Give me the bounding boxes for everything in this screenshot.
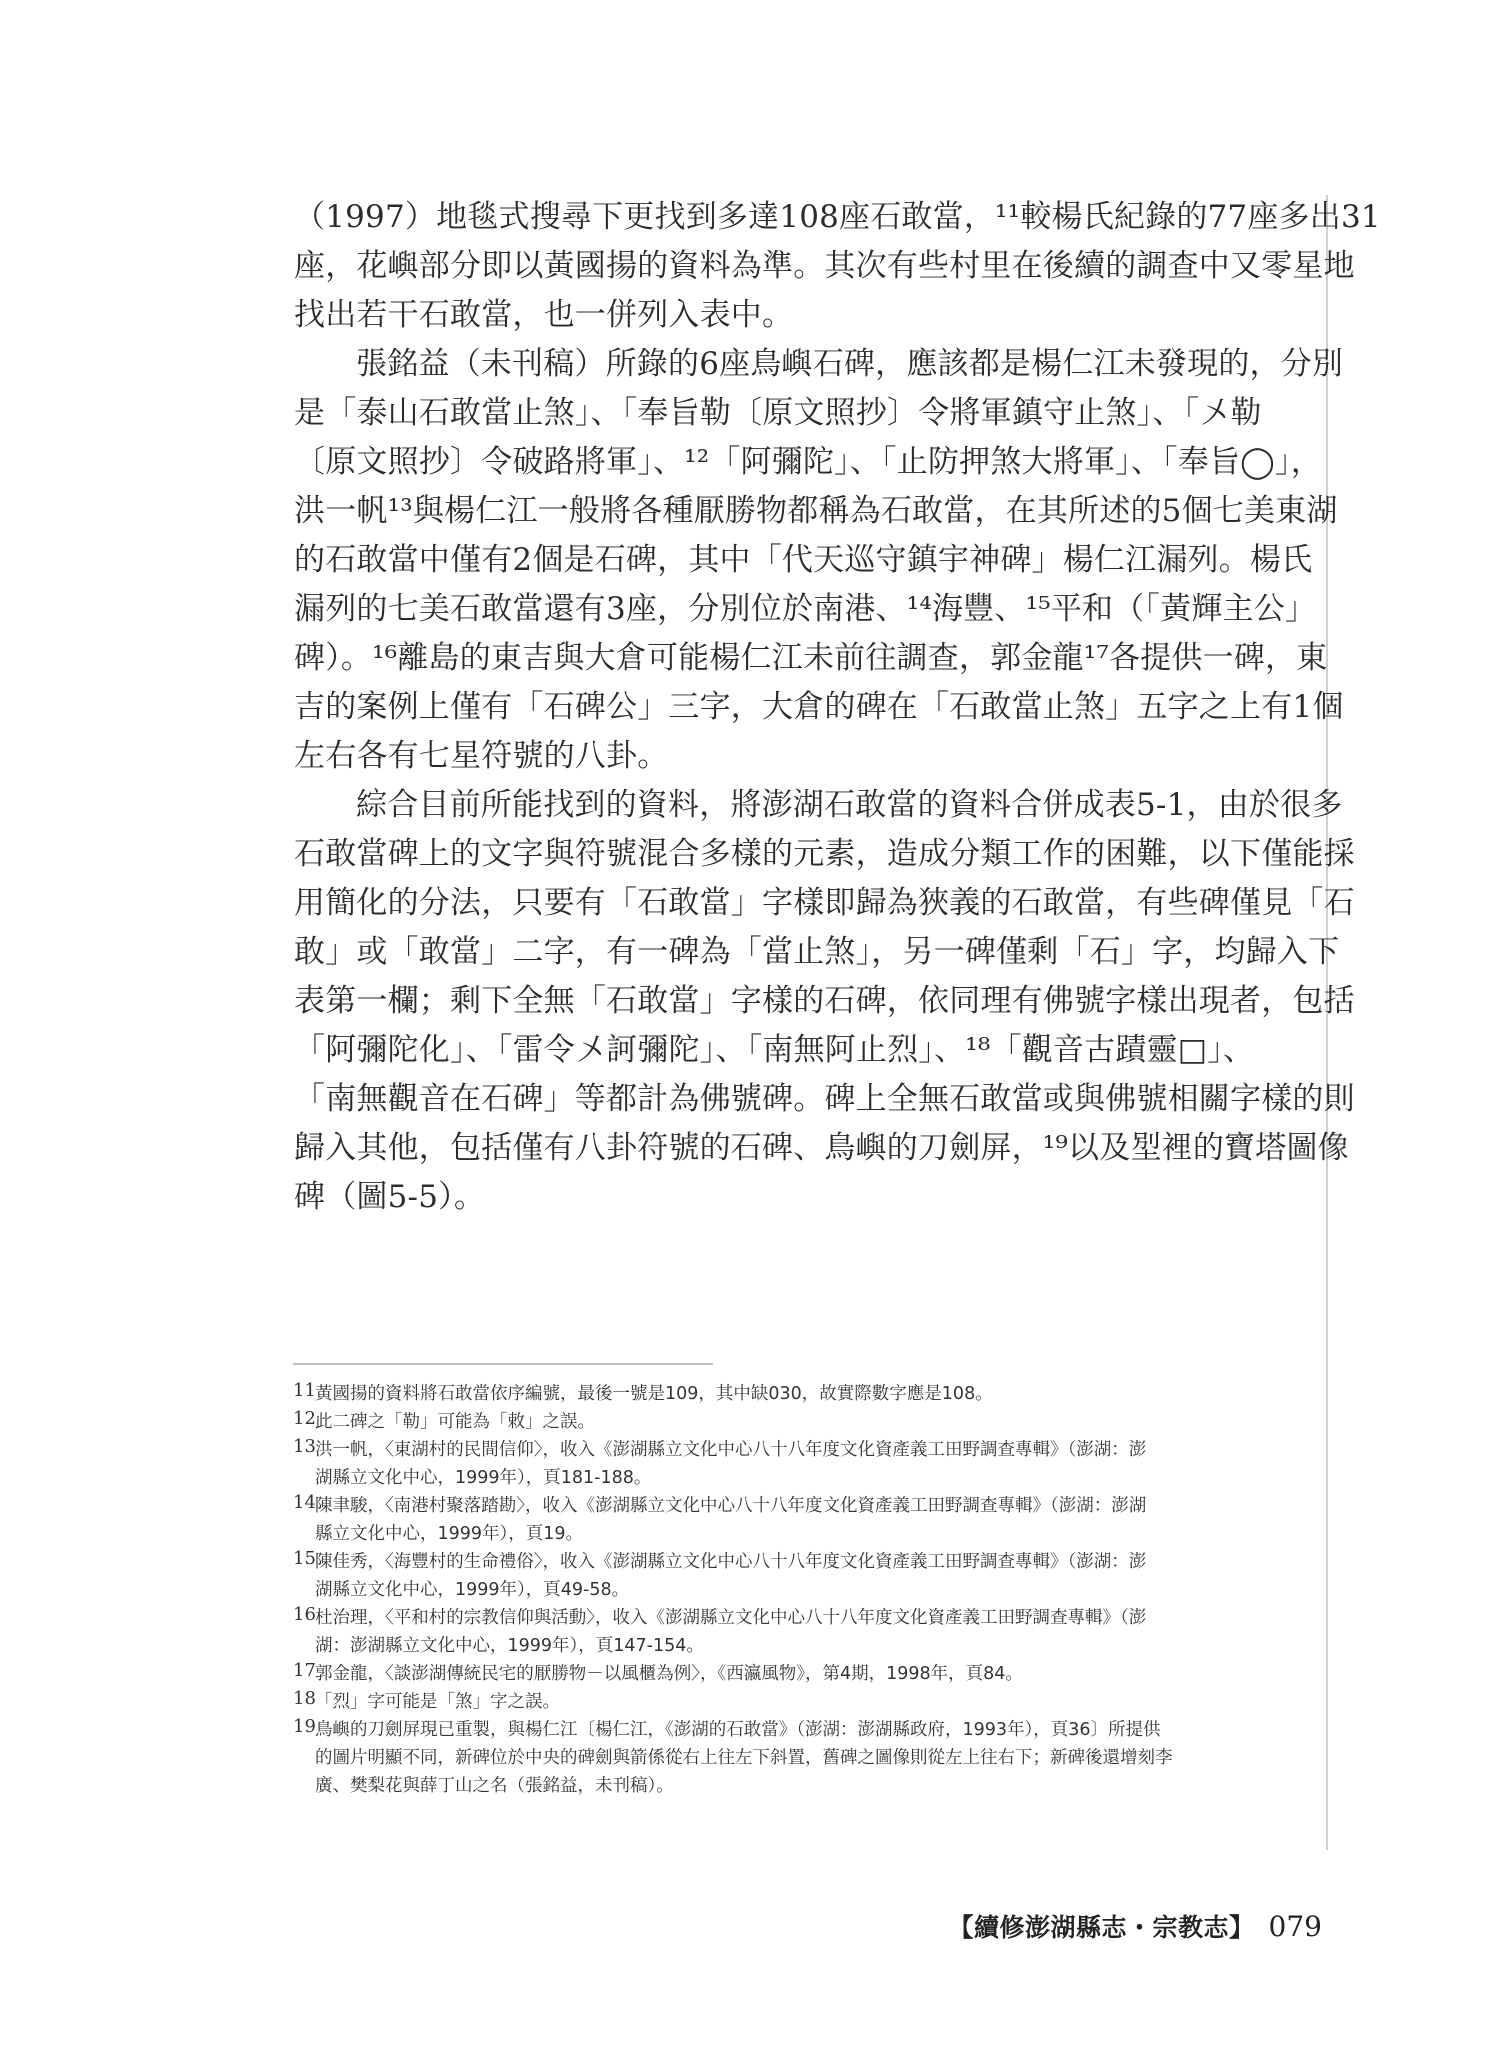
footnote-text: 陳聿駿，〈南港村聚落踏勘〉，收入《澎湖縣立文化中心八十八年度文化資產義工田野調查… [315, 1492, 1313, 1520]
book-page: （1997）地毯式搜尋下更找到多達108座石敢當，¹¹較楊氏紀錄的77座多出31… [0, 0, 1500, 2053]
footnote-number: 14 [293, 1489, 316, 1517]
text-line: 用簡化的分法，只要有「石敢當」字樣即歸為狹義的石敢當，有些碑僅見「石 [294, 879, 1312, 928]
main-text: （1997）地毯式搜尋下更找到多達108座石敢當，¹¹較楊氏紀錄的77座多出31… [294, 193, 1312, 1222]
footnote-16: 16 杜治理，〈平和村的宗教信仰與活動〉，收入《澎湖縣立文化中心八十八年度文化資… [293, 1604, 1313, 1660]
footnote-separator [293, 1363, 713, 1365]
paragraph-1: （1997）地毯式搜尋下更找到多達108座石敢當，¹¹較楊氏紀錄的77座多出31… [294, 193, 1312, 340]
footnote-17: 17 郭金龍，〈談澎湖傳統民宅的厭勝物－以風櫃為例〉，《西瀛風物》，第4期，19… [293, 1660, 1313, 1688]
text-line: 石敢當碑上的文字與符號混合多樣的元素，造成分類工作的困難，以下僅能採 [294, 830, 1312, 879]
footnote-text: 鳥嶼的刀劍屏現已重製，與楊仁江〔楊仁江，《澎湖的石敢當》（澎湖：澎湖縣政府，19… [315, 1716, 1313, 1744]
footnote-text: 郭金龍，〈談澎湖傳統民宅的厭勝物－以風櫃為例〉，《西瀛風物》，第4期，1998年… [315, 1660, 1313, 1688]
text-line: 〔原文照抄〕令破路將軍」、¹²「阿彌陀」、「止防押煞大將軍」、「奉旨◯」， [294, 438, 1312, 487]
footnote-number: 18 [293, 1685, 316, 1713]
footnote-13: 13 洪一帆，〈東湖村的民間信仰〉，收入《澎湖縣立文化中心八十八年度文化資產義工… [293, 1436, 1313, 1492]
footnote-text: 杜治理，〈平和村的宗教信仰與活動〉，收入《澎湖縣立文化中心八十八年度文化資產義工… [315, 1604, 1313, 1632]
text-line: 吉的案例上僅有「石碑公」三字，大倉的碑在「石敢當止煞」五字之上有1個 [294, 683, 1312, 732]
footnote-12: 12 此二碑之「勒」可能為「敕」之誤。 [293, 1408, 1313, 1436]
page-footer: 【續修澎湖縣志・宗教志】079 [949, 1908, 1322, 1944]
footnote-15: 15 陳佳秀，〈海豐村的生命禮俗〉，收入《澎湖縣立文化中心八十八年度文化資產義工… [293, 1548, 1313, 1604]
paragraph-2: 張銘益（未刊稿）所錄的6座鳥嶼石碑，應該都是楊仁江未發現的，分別 是「泰山石敢當… [294, 340, 1312, 781]
footnote-14: 14 陳聿駿，〈南港村聚落踏勘〉，收入《澎湖縣立文化中心八十八年度文化資產義工田… [293, 1492, 1313, 1548]
footnote-text: 湖縣立文化中心，1999年），頁49-58。 [315, 1576, 1313, 1604]
running-title: 【續修澎湖縣志・宗教志】 [949, 1913, 1255, 1942]
text-line: （1997）地毯式搜尋下更找到多達108座石敢當，¹¹較楊氏紀錄的77座多出31 [294, 193, 1312, 242]
footnote-number: 17 [293, 1657, 316, 1685]
footnote-text: 的圖片明顯不同，新碑位於中央的碑劍與箭係從右上往左下斜置，舊碑之圖像則從左上往右… [315, 1744, 1313, 1772]
footnote-text: 湖縣立文化中心，1999年），頁181-188。 [315, 1464, 1313, 1492]
text-line: 歸入其他，包括僅有八卦符號的石碑、鳥嶼的刀劍屏，¹⁹以及𡋾裡的寶塔圖像 [294, 1124, 1312, 1173]
text-line: 張銘益（未刊稿）所錄的6座鳥嶼石碑，應該都是楊仁江未發現的，分別 [294, 340, 1312, 389]
footnote-number: 15 [293, 1545, 316, 1573]
footnote-text: 廣、樊梨花與薛丁山之名（張銘益，未刊稿）。 [315, 1772, 1313, 1800]
footnote-number: 16 [293, 1601, 316, 1629]
footnote-number: 19 [293, 1713, 316, 1741]
footnote-text: 縣立文化中心，1999年），頁19。 [315, 1520, 1313, 1548]
text-line: 敢」或「敢當」二字，有一碑為「當止煞」，另一碑僅剩「石」字，均歸入下 [294, 928, 1312, 977]
footnote-11: 11 黃國揚的資料將石敢當依序編號，最後一號是109，其中缺030，故實際數字應… [293, 1380, 1313, 1408]
footnotes: 11 黃國揚的資料將石敢當依序編號，最後一號是109，其中缺030，故實際數字應… [293, 1380, 1313, 1800]
footnote-text: 此二碑之「勒」可能為「敕」之誤。 [315, 1408, 1313, 1436]
footnote-text: 黃國揚的資料將石敢當依序編號，最後一號是109，其中缺030，故實際數字應是10… [315, 1380, 1313, 1408]
footnote-text: 湖：澎湖縣立文化中心，1999年），頁147-154。 [315, 1632, 1313, 1660]
footnote-18: 18 「烈」字可能是「煞」字之誤。 [293, 1688, 1313, 1716]
text-line: 左右各有七星符號的八卦。 [294, 732, 1312, 781]
footnote-number: 11 [293, 1377, 316, 1405]
footnote-number: 13 [293, 1433, 316, 1461]
footnote-text: 「烈」字可能是「煞」字之誤。 [315, 1688, 1313, 1716]
text-line: 找出若干石敢當，也一併列入表中。 [294, 291, 1312, 340]
text-line: 「南無觀音在石碑」等都計為佛號碑。碑上全無石敢當或與佛號相關字樣的則 [294, 1075, 1312, 1124]
text-line: 是「泰山石敢當止煞」、「奉旨勒〔原文照抄〕令將軍鎮守止煞」、「〤勒 [294, 389, 1312, 438]
text-line: 綜合目前所能找到的資料，將澎湖石敢當的資料合併成表5-1，由於很多 [294, 781, 1312, 830]
text-line: 碑（圖5-5）。 [294, 1173, 1312, 1222]
text-line: 「阿彌陀化」、「雷令〤訶彌陀」、「南無阿止烈」、¹⁸「觀音古蹟靈□」、 [294, 1026, 1312, 1075]
text-line: 的石敢當中僅有2個是石碑，其中「代天巡守鎮宇神碑」楊仁江漏列。楊氏 [294, 536, 1312, 585]
text-line: 碑）。¹⁶離島的東吉與大倉可能楊仁江未前往調查，郭金龍¹⁷各提供一碑，東 [294, 634, 1312, 683]
text-line: 座，花嶼部分即以黃國揚的資料為準。其次有些村里在後續的調查中又零星地 [294, 242, 1312, 291]
footnote-19: 19 鳥嶼的刀劍屏現已重製，與楊仁江〔楊仁江，《澎湖的石敢當》（澎湖：澎湖縣政府… [293, 1716, 1313, 1800]
footnote-number: 12 [293, 1405, 316, 1433]
footnote-text: 陳佳秀，〈海豐村的生命禮俗〉，收入《澎湖縣立文化中心八十八年度文化資產義工田野調… [315, 1548, 1313, 1576]
text-line: 表第一欄；剩下全無「石敢當」字樣的石碑，依同理有佛號字樣出現者，包括 [294, 977, 1312, 1026]
paragraph-3: 綜合目前所能找到的資料，將澎湖石敢當的資料合併成表5-1，由於很多 石敢當碑上的… [294, 781, 1312, 1222]
margin-rule [1326, 195, 1328, 1850]
page-number: 079 [1269, 1910, 1322, 1943]
footnote-text: 洪一帆，〈東湖村的民間信仰〉，收入《澎湖縣立文化中心八十八年度文化資產義工田野調… [315, 1436, 1313, 1464]
text-line: 洪一帆¹³與楊仁江一般將各種厭勝物都稱為石敢當，在其所述的5個七美東湖 [294, 487, 1312, 536]
text-line: 漏列的七美石敢當還有3座，分別位於南港、¹⁴海豐、¹⁵平和（「黃輝主公」 [294, 585, 1312, 634]
